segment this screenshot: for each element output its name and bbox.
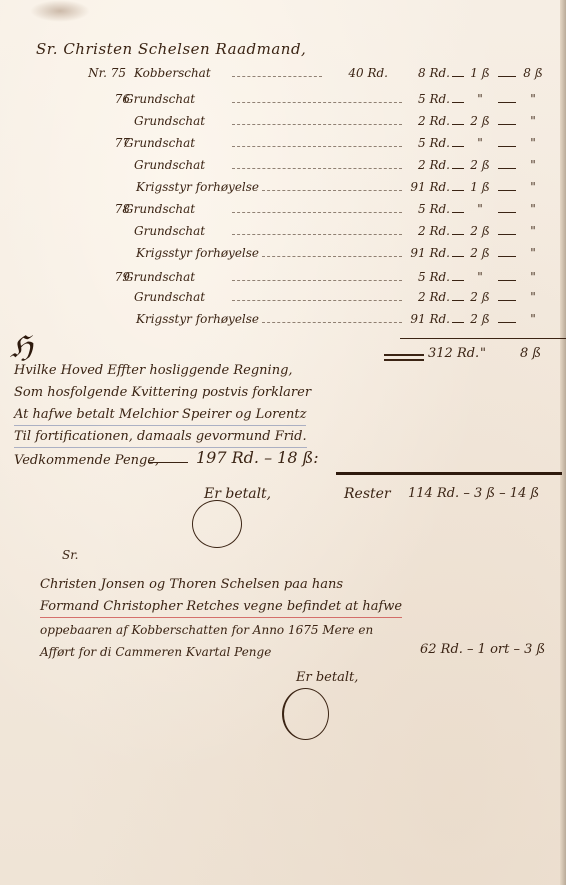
section2-prefix: Sr. <box>62 548 78 562</box>
row-mk: 2 ß <box>466 114 494 128</box>
ink-smudge <box>30 0 90 22</box>
dash <box>452 168 464 169</box>
paragraph-line: Vedkommende Penge, <box>14 450 159 471</box>
row-sk: " <box>520 114 546 128</box>
ledger-row: 76 Grundschat 5 Rd. " " <box>0 92 566 112</box>
ledger-row: Grundschat 2 Rd. 2 ß " <box>0 114 566 134</box>
row-mk: 2 ß <box>466 312 494 326</box>
subtotal-rule <box>400 338 566 339</box>
row-sk: " <box>520 246 546 260</box>
row-pre-amount: 40 Rd. <box>318 66 388 80</box>
row-rd: 8 Rd. <box>410 66 450 80</box>
double-rule <box>384 354 424 356</box>
row-rd: 5 Rd. <box>410 202 450 216</box>
leader-dots <box>232 146 402 147</box>
leader-dots <box>232 168 402 169</box>
paragraph-line: Til fortificationen, damaals gevormund F… <box>14 426 307 448</box>
row-sk: 8 ß <box>520 66 546 80</box>
row-sk: " <box>520 136 546 150</box>
paragraph-line: Som hosfolgende Kvittering postvis forkl… <box>14 382 311 403</box>
section2-line: Christen Jonsen og Thoren Schelsen paa h… <box>40 574 343 595</box>
row-sk: " <box>520 270 546 284</box>
rest-amount: 114 Rd. – 3 ß – 14 ß <box>408 486 539 501</box>
leader-dots <box>232 124 402 125</box>
double-rule <box>384 359 424 361</box>
paragraph-line: At hafwe betalt Melchior Speirer og Lore… <box>14 404 306 426</box>
dash <box>498 168 516 169</box>
row-mk: 2 ß <box>466 290 494 304</box>
row-mk: 2 ß <box>466 246 494 260</box>
dash <box>498 190 516 191</box>
dash <box>498 124 516 125</box>
section1-heading: Sr. Christen Schelsen Raadmand, <box>36 40 306 58</box>
row-item: Grundschat <box>134 224 205 238</box>
dash <box>498 300 516 301</box>
dash <box>452 280 464 281</box>
row-item: Grundschat <box>124 202 195 216</box>
section2-line: oppebaaren af Kobberschatten for Anno 16… <box>40 620 373 641</box>
dash <box>452 256 464 257</box>
dash <box>452 76 464 77</box>
ledger-row: Krigsstyr forhøyelse 91 Rd. 1 ß " <box>0 180 566 200</box>
dash <box>452 146 464 147</box>
leader-dots <box>232 300 402 301</box>
row-item: Krigsstyr forhøyelse <box>136 312 259 326</box>
leader-dots <box>262 256 402 257</box>
leader-dots <box>232 280 402 281</box>
row-rd: 2 Rd. <box>410 158 450 172</box>
ledger-row: Grundschat 2 Rd. 2 ß " <box>0 290 566 310</box>
dash <box>452 102 464 103</box>
leader-dots <box>232 234 402 235</box>
dash <box>498 76 516 77</box>
row-sk: " <box>520 158 546 172</box>
row-mk: 2 ß <box>466 224 494 238</box>
flourish-loop <box>192 500 242 548</box>
subtotal-rd: 312 Rd. <box>428 346 479 361</box>
ledger-row: Grundschat 2 Rd. 2 ß " <box>0 224 566 244</box>
paragraph-line: Hvilke Hoved Effter hosliggende Regning, <box>14 360 293 381</box>
row-item: Kobberschat <box>134 66 211 80</box>
subtotal-sk: 8 ß <box>520 346 541 361</box>
row-item: Krigsstyr forhøyelse <box>136 180 259 194</box>
dash <box>148 462 188 463</box>
row-number: Nr. 75 <box>60 66 126 80</box>
dash <box>498 234 516 235</box>
row-mk: " <box>466 92 494 106</box>
dash <box>452 212 464 213</box>
dash <box>498 322 516 323</box>
ledger-row: Nr. 75 Kobberschat 40 Rd. 8 Rd. 1 ß 8 ß <box>0 66 566 86</box>
leader-dots <box>262 322 402 323</box>
ledger-row: Grundschat 2 Rd. 2 ß " <box>0 158 566 178</box>
row-rd: 5 Rd. <box>410 92 450 106</box>
row-rd: 2 Rd. <box>410 114 450 128</box>
rest-label: Rester <box>344 486 391 502</box>
row-item: Grundschat <box>134 158 205 172</box>
section2-paid-label: Er betalt, <box>296 670 358 685</box>
row-item: Grundschat <box>124 92 195 106</box>
row-item: Grundschat <box>124 270 195 284</box>
row-sk: " <box>520 224 546 238</box>
row-mk: 1 ß <box>466 180 494 194</box>
row-sk: " <box>520 290 546 304</box>
row-rd: 2 Rd. <box>410 224 450 238</box>
row-rd: 91 Rd. <box>410 180 450 194</box>
row-item: Krigsstyr forhøyelse <box>136 246 259 260</box>
flourish-loop <box>282 688 329 740</box>
dash <box>498 102 516 103</box>
row-rd: 91 Rd. <box>410 246 450 260</box>
subtotal-mk: " <box>480 346 486 361</box>
ledger-row: 79 Grundschat 5 Rd. " " <box>0 270 566 290</box>
ledger-row: Krigsstyr forhøyelse 91 Rd. 2 ß " <box>0 312 566 332</box>
dash <box>452 322 464 323</box>
row-sk: " <box>520 180 546 194</box>
row-sk: " <box>520 312 546 326</box>
row-mk: 1 ß <box>466 66 494 80</box>
section2-line: Formand Christopher Retches vegne befind… <box>40 596 402 618</box>
row-item: Grundschat <box>134 114 205 128</box>
row-rd: 5 Rd. <box>410 270 450 284</box>
dash <box>452 234 464 235</box>
dash <box>452 190 464 191</box>
leader-dots <box>232 76 322 77</box>
row-rd: 91 Rd. <box>410 312 450 326</box>
section2-line: Afført for di Cammeren Kvartal Penge <box>40 642 271 663</box>
row-mk: " <box>466 136 494 150</box>
leader-dots <box>232 102 402 103</box>
ledger-row: 77 Grundschat 5 Rd. " " <box>0 136 566 156</box>
row-rd: 5 Rd. <box>410 136 450 150</box>
row-rd: 2 Rd. <box>410 290 450 304</box>
row-item: Grundschat <box>124 136 195 150</box>
row-item: Grundschat <box>134 290 205 304</box>
dash <box>498 280 516 281</box>
row-mk: " <box>466 202 494 216</box>
leader-dots <box>232 212 402 213</box>
row-sk: " <box>520 202 546 216</box>
ledger-row: 78 Grundschat 5 Rd. " " <box>0 202 566 222</box>
dash <box>498 212 516 213</box>
row-mk: 2 ß <box>466 158 494 172</box>
heavy-rule <box>336 472 562 475</box>
dash <box>498 256 516 257</box>
dash <box>452 124 464 125</box>
row-mk: " <box>466 270 494 284</box>
section2-amount: 62 Rd. – 1 ort – 3 ß <box>420 642 545 657</box>
ledger-row: Krigsstyr forhøyelse 91 Rd. 2 ß " <box>0 246 566 266</box>
dash <box>498 146 516 147</box>
row-sk: " <box>520 92 546 106</box>
paragraph-amount: 197 Rd. – 18 ß: <box>196 448 319 467</box>
leader-dots <box>262 190 402 191</box>
dash <box>452 300 464 301</box>
